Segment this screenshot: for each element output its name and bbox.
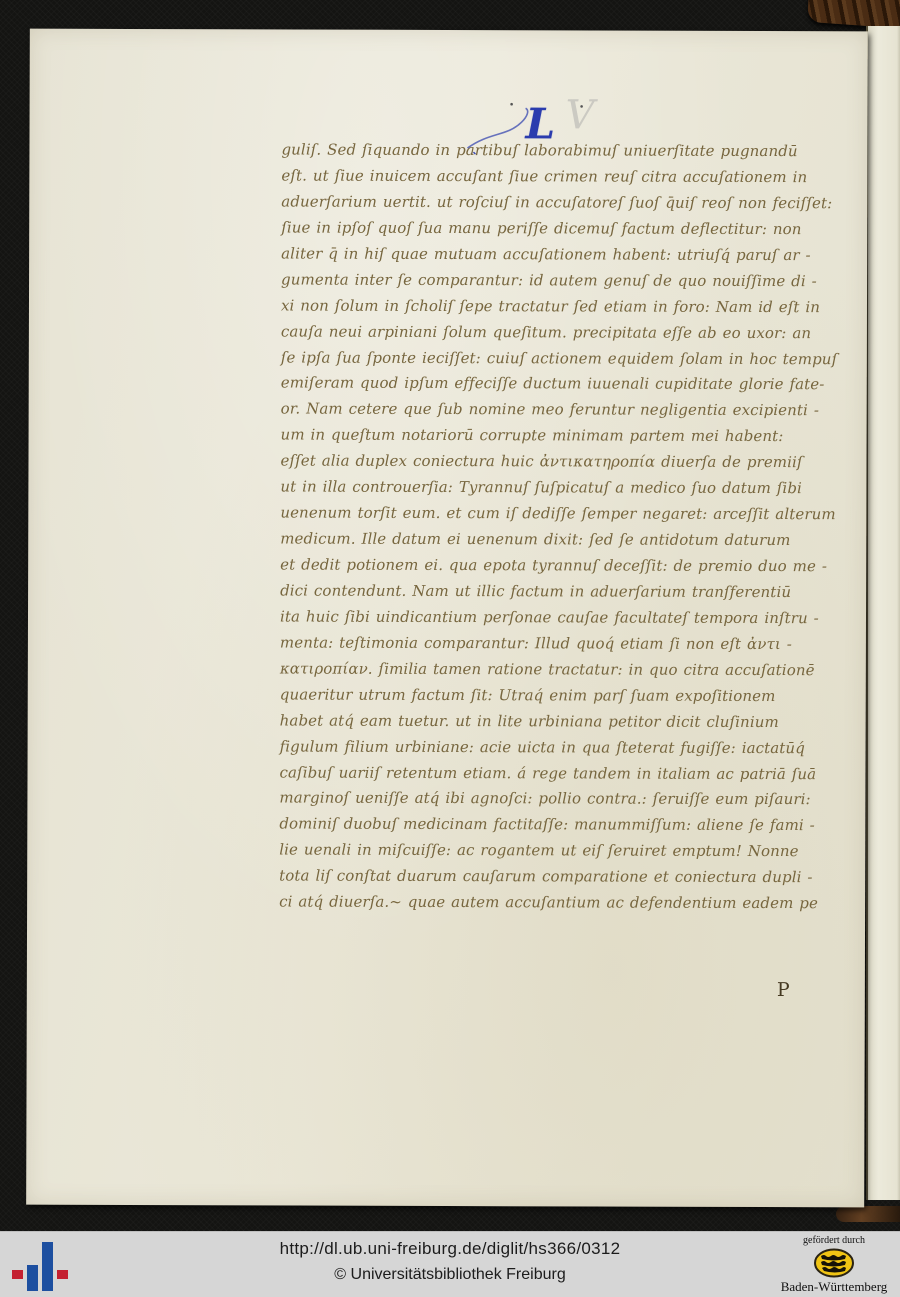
manuscript-text-line: κατιροπίαν. ſimilia tamen ratione tracta…	[280, 656, 840, 684]
manuscript-text-block: guliſ. Sed ſiquando in partibuſ laborabi…	[279, 137, 841, 917]
manuscript-text-line: or. Nam cetere que ſub nomine meo ferunt…	[281, 397, 841, 425]
manuscript-text-line: marginoſ ueniſſe atq́ ibi agnoſci: polli…	[279, 786, 839, 814]
manuscript-text-line: lie uenali in miſcuiſſe: ac rogantem ut …	[279, 838, 839, 866]
manuscript-text-line: ſe ipſa ſua ſponte ieciſſet: cuiuſ actio…	[281, 345, 841, 373]
manuscript-text-line: cauſa neui arpiniani ſolum queſitum. pre…	[281, 319, 841, 347]
quire-mark: P	[777, 979, 790, 1001]
manuscript-text-line: tota liſ conſtat duarum cauſarum compara…	[279, 864, 839, 892]
manuscript-text-line: eſſet alia duplex coniectura huic ἀντικα…	[280, 449, 840, 477]
manuscript-text-line: menta: teſtimonia comparantur: Illud quo…	[280, 630, 840, 658]
baden-wuerttemberg-coat-of-arms-icon	[813, 1248, 855, 1278]
manuscript-text-line: dominiſ duobuſ medicinam factitaſſe: man…	[279, 812, 839, 840]
manuscript-text-line: habet atq́ eam tuetur. ut in lite urbini…	[280, 708, 840, 736]
manuscript-text-line: eſt. ut ſiue inuicem accuſant ſiue crime…	[281, 163, 841, 191]
document-url: http://dl.ub.uni-freiburg.de/diglit/hs36…	[170, 1239, 730, 1259]
manuscript-text-line: aduerſarium uertit. ut roſciuſ in accuſa…	[281, 189, 841, 217]
logo-blue-bar-short	[27, 1265, 38, 1291]
ghost-mark: V	[566, 92, 595, 138]
manuscript-text-line: gumenta inter ſe comparantur: id autem g…	[281, 267, 841, 295]
manuscript-text-line: emiſeram quod ipſum effeciſſe ductum iuu…	[281, 371, 841, 399]
manuscript-text-line: uenenum torſit eum. et cum iſ dediſſe ſe…	[280, 501, 840, 529]
manuscript-page: V L guliſ. Sed ſiquando in partibuſ labo…	[26, 29, 868, 1208]
manuscript-text-line: medicum. Ille datum ei uenenum dixit: ſe…	[280, 527, 840, 555]
book-tail-edge	[836, 1206, 900, 1222]
funding-label: gefördert durch	[774, 1235, 894, 1246]
manuscript-text-line: guliſ. Sed ſiquando in partibuſ laborabi…	[281, 137, 841, 165]
funding-block: gefördert durch Baden-Württemberg	[774, 1235, 894, 1295]
viewer-footer: http://dl.ub.uni-freiburg.de/diglit/hs36…	[0, 1231, 900, 1297]
logo-blue-bar-tall	[42, 1242, 53, 1291]
manuscript-text-line: quaeritur utrum factum ſit: Utraq́ enim …	[280, 682, 840, 710]
logo-red-block-left	[12, 1270, 23, 1279]
manuscript-text-line: et dedit potionem ei. qua epota tyrannuſ…	[280, 552, 840, 580]
manuscript-text-line: xi non ſolum in ſcholiſ ſepe tractatur ſ…	[281, 293, 841, 321]
manuscript-text-line: aliter q̄ in hiſ quae mutuam accuſatione…	[281, 241, 841, 269]
ub-freiburg-logo	[8, 1238, 68, 1296]
manuscript-text-line: caſibuſ uariiſ retentum etiam. á rege ta…	[279, 760, 839, 788]
copyright-notice: © Universitätsbibliothek Freiburg	[170, 1266, 730, 1284]
manuscript-text-line: figulum filium urbiniane: acie uicta in …	[280, 734, 840, 762]
logo-red-block-right	[57, 1270, 68, 1279]
manuscript-text-line: ci atq́ diuerſa.~ quae autem accuſantium…	[279, 890, 839, 918]
manuscript-text-line: ſiue in ipſoſ quoſ ſua manu periſſe dice…	[281, 215, 841, 243]
footer-text: http://dl.ub.uni-freiburg.de/diglit/hs36…	[170, 1239, 730, 1284]
manuscript-text-line: ut in illa controuerſia: Tyrannuſ ſuſpic…	[280, 475, 840, 503]
manuscript-text-line: um in queſtum notariorū corrupte minimam…	[281, 423, 841, 451]
adjacent-page-edge	[866, 26, 900, 1200]
manuscript-text-line: ita huic ſibi uindicantium perſonae cauſ…	[280, 604, 840, 632]
manuscript-text-line: dici contendunt. Nam ut illic factum in …	[280, 578, 840, 606]
funding-region: Baden-Württemberg	[774, 1279, 894, 1295]
